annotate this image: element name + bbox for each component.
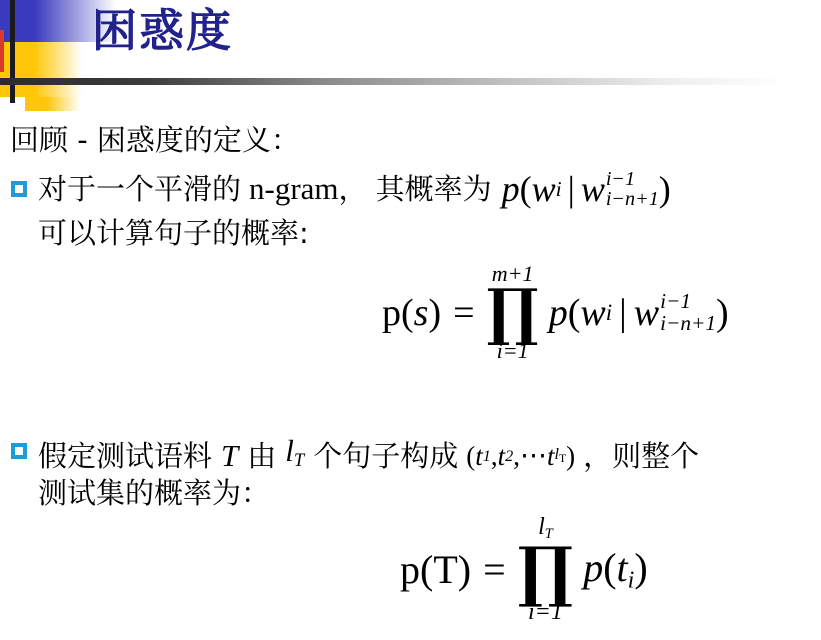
f2-pt-term: p(ti) [583, 544, 647, 595]
math-bar: | [568, 166, 575, 212]
title-underline-rule [0, 78, 821, 85]
tuple-t2: t [498, 433, 506, 479]
f1-product-block: m+1 ∏ i=1 [487, 262, 539, 363]
math-close-paren: ) [659, 166, 671, 212]
math-w2-sub: i−n+1 [660, 313, 716, 334]
bullet2-text3: 个句子构成 [313, 433, 458, 479]
f2-product-block: lT ∏ i=1 [518, 514, 574, 625]
ngram-term: n-gram [249, 166, 339, 212]
bullet1-text-before: 对于一个平滑的 [38, 166, 241, 212]
math-open-paren: ( [603, 545, 616, 590]
f1-close: ) [428, 291, 441, 335]
bullet2-line2: 测试集的概率为： [38, 470, 270, 516]
math-w2-supsub: i−1i−n+1 [606, 169, 659, 209]
tuple-cdots: ⋯ [520, 433, 547, 479]
math-bar: | [619, 291, 627, 335]
math-p: p [549, 291, 568, 335]
f2-pT: p(T) [400, 546, 471, 593]
tuple-t3-sub: lT [555, 431, 567, 482]
product-symbol: ∏ [487, 286, 539, 339]
slide-canvas: 困惑度 回顾 - 困惑度的定义： 对于一个平滑的 n-gram ， 其概率为 p… [0, 0, 821, 640]
math-w-sub: i [556, 166, 562, 212]
math-p: p [502, 166, 520, 212]
f1-pw-term: p(wi|wi−1i−n+1) [549, 291, 729, 335]
math-open-paren: ( [568, 291, 581, 335]
bullet1-comma: ， [339, 166, 368, 212]
math-w2-sup: i−1 [660, 291, 691, 312]
bullet1-text-mid: 其概率为 [376, 166, 492, 212]
formula-testset-probability: p(T) = lT ∏ i=1 p(ti) [400, 514, 648, 625]
math-w2: w [581, 166, 605, 212]
tuple-comma: , [491, 433, 498, 479]
product-symbol: ∏ [518, 543, 574, 599]
bullet-square-icon [11, 181, 27, 197]
decoration-vertical-line [10, 0, 15, 103]
math-l: l [285, 433, 294, 468]
math-w2-sub: i−n+1 [606, 189, 659, 209]
f1-s: s [414, 291, 429, 335]
f1-p-open: p( [382, 291, 414, 335]
f1-equals: = [453, 291, 474, 335]
bullet1-line2: 可以计算句子的概率: [38, 210, 309, 256]
intro-text: 回顾 - 困惑度的定义： [10, 118, 300, 162]
math-sentence-tuple: (t1,t2,⋯tlT) [466, 431, 575, 482]
tuple-t1-sub: 1 [483, 433, 491, 479]
math-w: w [580, 291, 605, 335]
decoration-yellow-small-block [25, 97, 80, 111]
tuple-t3-subsub-T: T [559, 452, 566, 465]
math-p: p [583, 545, 603, 590]
math-t: t [617, 545, 628, 590]
formula-sentence-probability: p(s) = m+1 ∏ i=1 p(wi|wi−1i−n+1) [382, 262, 729, 363]
math-w2-supsub: i−1i−n+1 [660, 291, 716, 334]
math-l-sub: T [294, 450, 304, 471]
math-w2-sup: i−1 [606, 169, 635, 189]
math-close-paren: ) [716, 291, 729, 335]
tuple-close: ) [566, 433, 575, 479]
tuple-t3: t [547, 433, 555, 479]
math-w: w [532, 166, 556, 212]
tuple-open: ( [466, 433, 475, 479]
decoration-red-strip [0, 30, 4, 72]
f2-lower-limit: i=1 [528, 599, 563, 625]
bullet1-line1: 对于一个平滑的 n-gram ， 其概率为 p(wi|wi−1i−n+1) [38, 166, 671, 212]
math-w2: w [634, 291, 659, 335]
bullet2-text4: ，则整个 [583, 433, 699, 479]
f1-lower-limit: i=1 [497, 339, 529, 363]
math-open-paren: ( [520, 166, 532, 212]
math-lT: lT [285, 428, 304, 484]
tuple-t1: t [475, 433, 483, 479]
math-close-paren: ) [634, 545, 647, 590]
f2-equals: = [483, 546, 506, 593]
tuple-comma: , [513, 433, 520, 479]
math-w-sub: i [606, 300, 612, 326]
slide-title: 困惑度 [92, 4, 233, 58]
bullet-square-icon [11, 443, 27, 459]
inline-formula-ngram-probability: p(wi|wi−1i−n+1) [502, 166, 671, 212]
tuple-t2-sub: 2 [505, 433, 513, 479]
